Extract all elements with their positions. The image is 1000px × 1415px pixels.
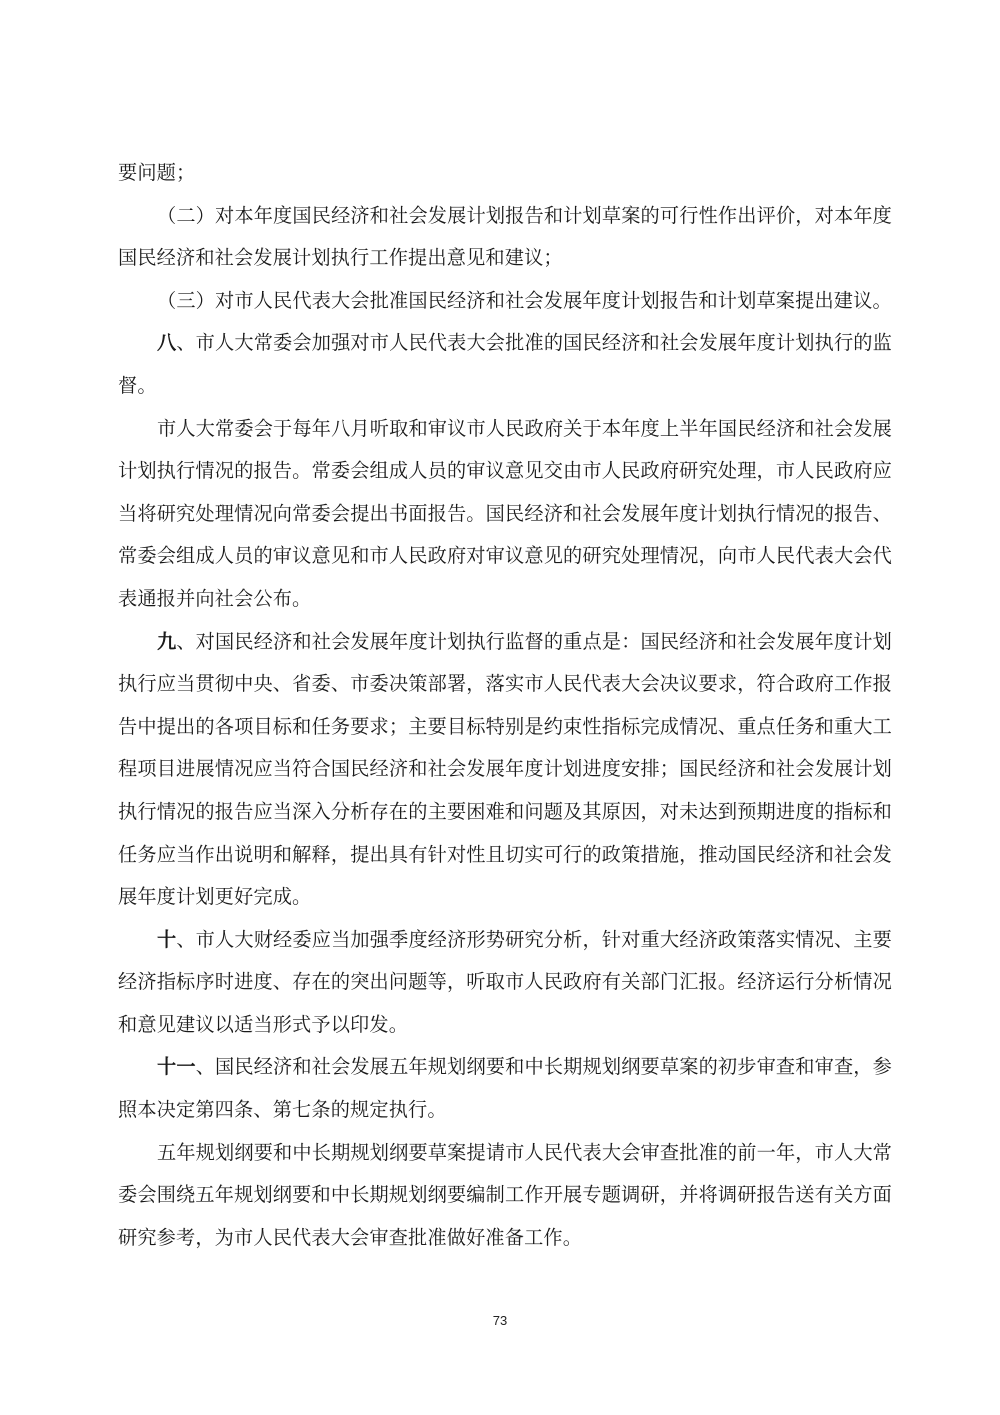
paragraph-text: 、对国民经济和社会发展年度计划执行监督的重点是：国民经济和社会发展年度计划执行应… [118,630,892,909]
paragraph-text: 、国民经济和社会发展五年规划纲要和中长期规划纲要草案的初步审查和审查，参照本决定… [118,1055,892,1121]
paragraph-item-3: （三）对市人民代表大会批准国民经济和社会发展年度计划报告和计划草案提出建议。 [118,280,892,323]
article-8-body: 市人大常委会于每年八月听取和审议市人民政府关于本年度上半年国民经济和社会发展计划… [118,408,892,621]
paragraph-text: 、市人大财经委应当加强季度经济形势研究分析，针对重大经济政策落实情况、主要经济指… [118,928,892,1036]
article-9: 九、对国民经济和社会发展年度计划执行监督的重点是：国民经济和社会发展年度计划执行… [118,621,892,919]
paragraph-text: 五年规划纲要和中长期规划纲要草案提请市人民代表大会审查批准的前一年，市人大常委会… [118,1141,892,1249]
article-11: 十一、国民经济和社会发展五年规划纲要和中长期规划纲要草案的初步审查和审查，参照本… [118,1046,892,1131]
article-number: 八 [157,331,176,354]
paragraph-text: （三）对市人民代表大会批准国民经济和社会发展年度计划报告和计划草案提出建议。 [157,289,892,312]
paragraph-item-2: （二）对本年度国民经济和社会发展计划报告和计划草案的可行性作出评价，对本年度国民… [118,195,892,280]
article-8-heading: 八、市人大常委会加强对市人民代表大会批准的国民经济和社会发展年度计划执行的监督。 [118,322,892,407]
article-number: 十一 [157,1055,196,1078]
paragraph-text: （二）对本年度国民经济和社会发展计划报告和计划草案的可行性作出评价，对本年度国民… [118,204,892,270]
paragraph-text: 要问题； [118,161,195,184]
page-number: 73 [0,1313,1000,1328]
paragraph-continuation: 要问题； [118,152,892,195]
paragraph-text: 市人大常委会于每年八月听取和审议市人民政府关于本年度上半年国民经济和社会发展计划… [118,417,892,610]
article-11-body: 五年规划纲要和中长期规划纲要草案提请市人民代表大会审查批准的前一年，市人大常委会… [118,1132,892,1260]
article-10: 十、市人大财经委应当加强季度经济形势研究分析，针对重大经济政策落实情况、主要经济… [118,919,892,1047]
article-number: 十 [157,928,176,951]
paragraph-text: 、市人大常委会加强对市人民代表大会批准的国民经济和社会发展年度计划执行的监督。 [118,331,892,397]
document-page: 要问题； （二）对本年度国民经济和社会发展计划报告和计划草案的可行性作出评价，对… [118,152,892,1259]
article-number: 九 [157,630,176,653]
